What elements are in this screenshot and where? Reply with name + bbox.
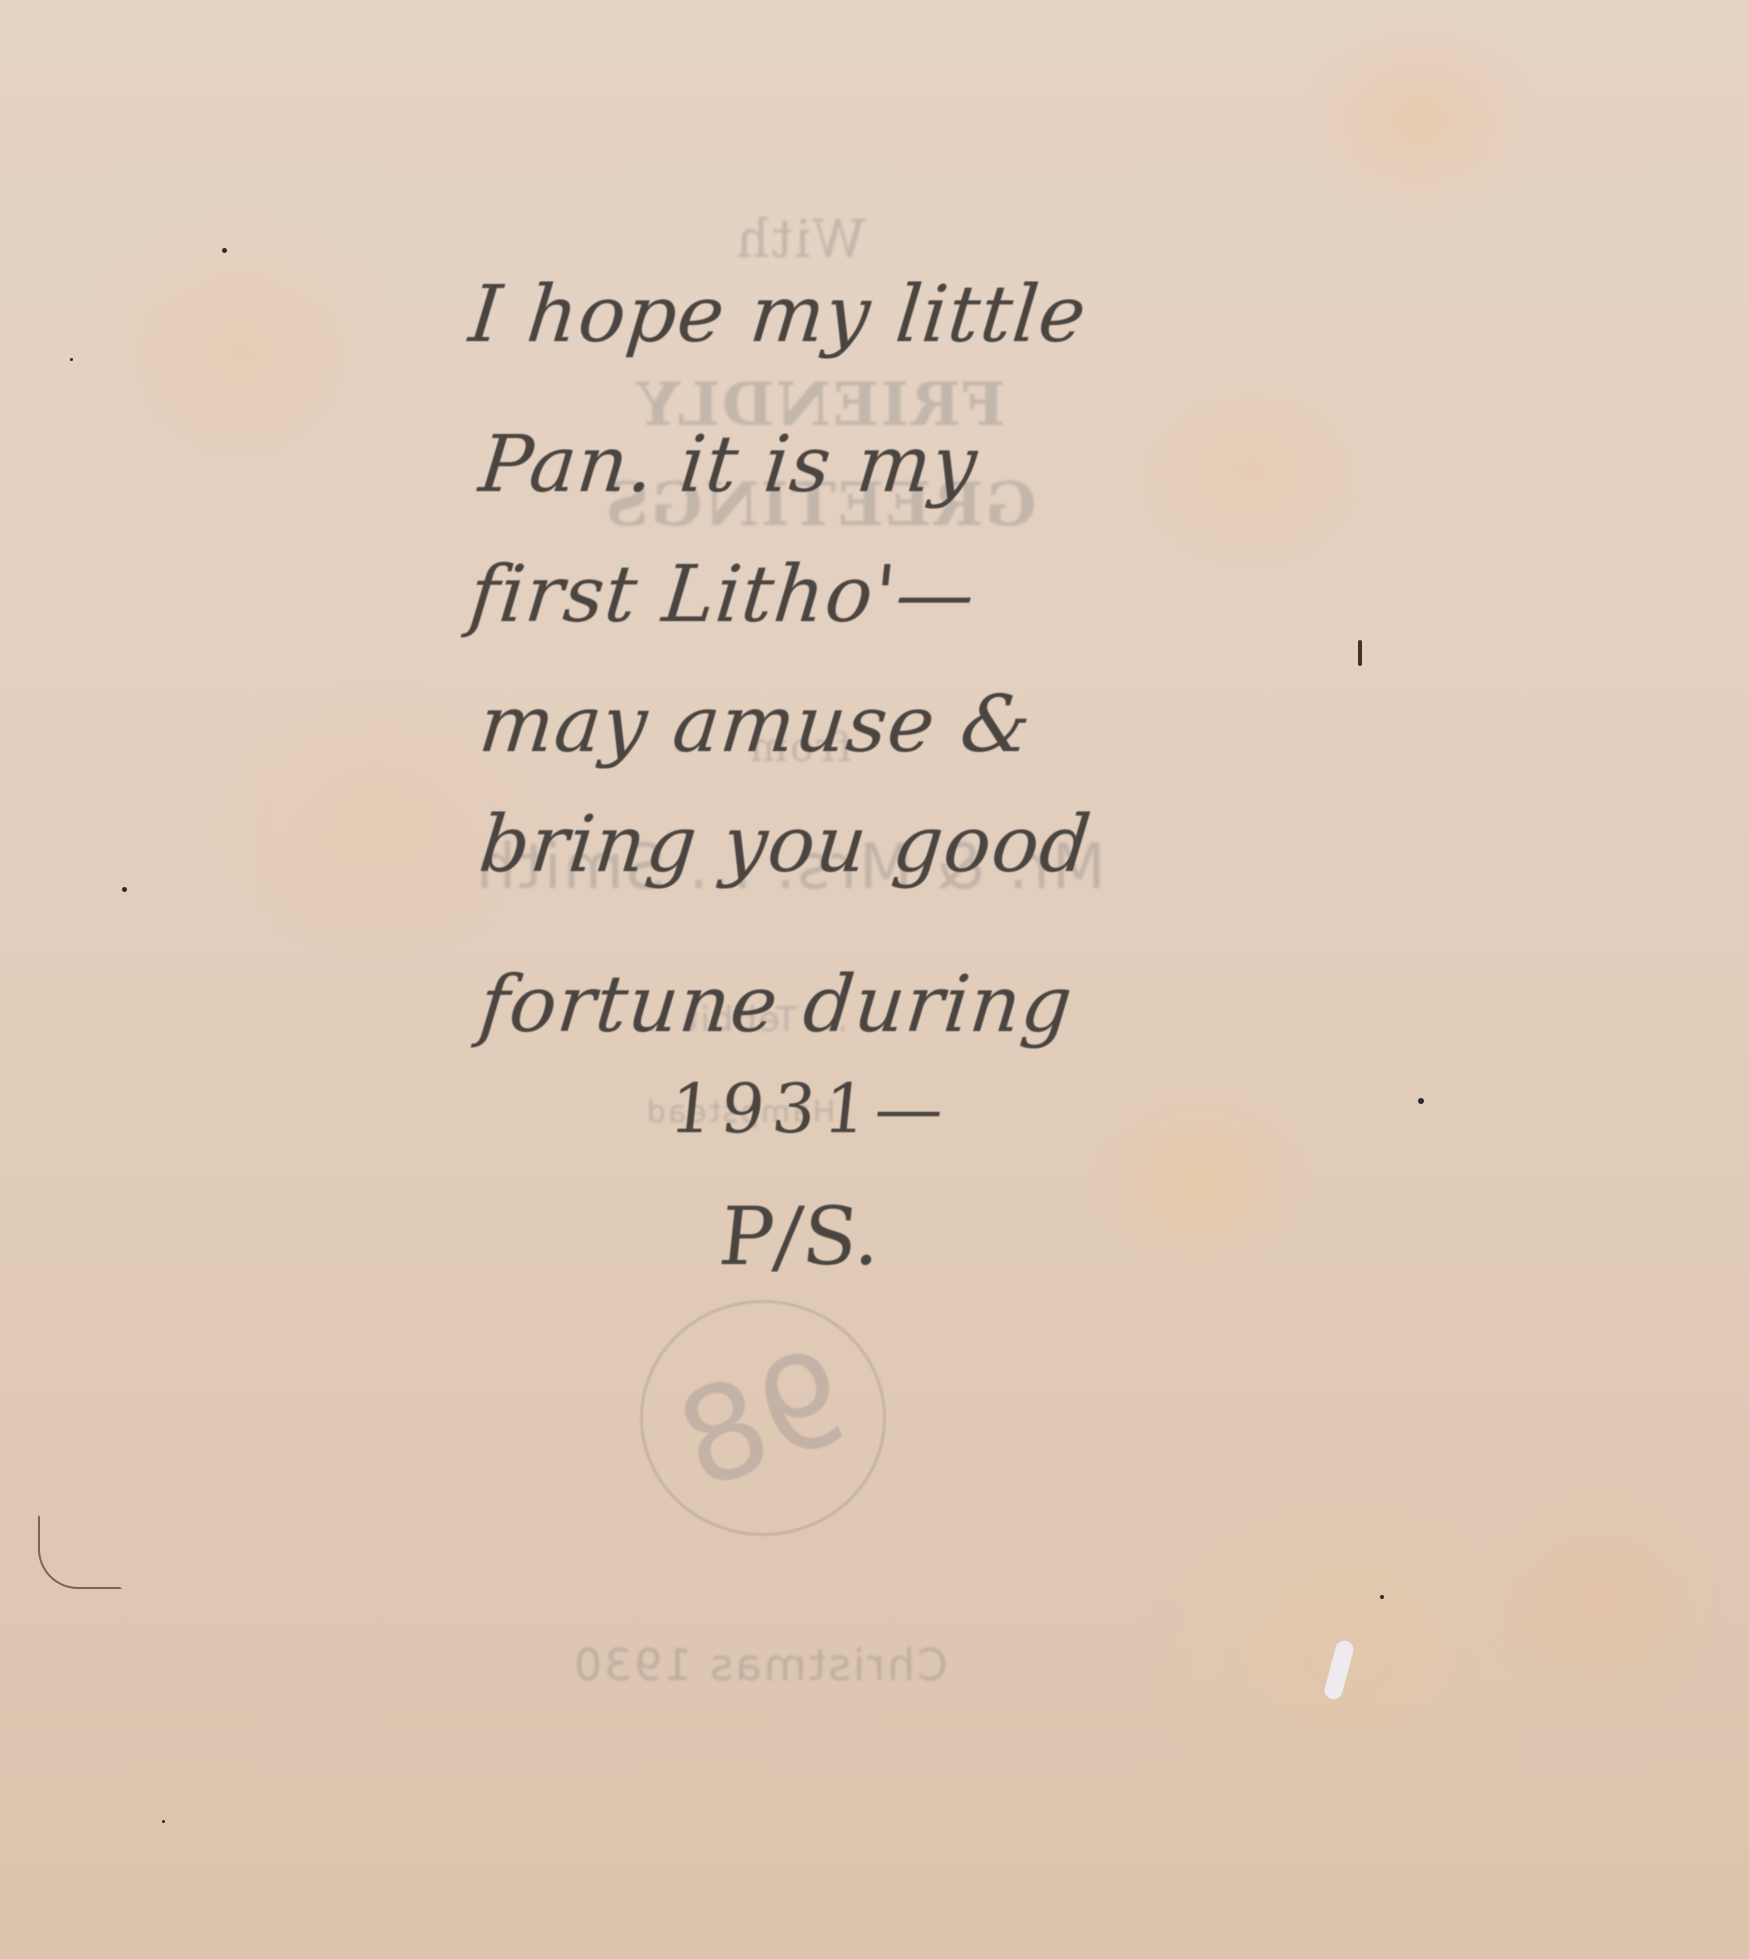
note-line-2: Pan. it is my [475, 420, 982, 510]
stray-hair [38, 1515, 122, 1589]
note-line-1: I hope my little [465, 270, 1091, 360]
note-line-3: first Litho'— [465, 550, 979, 640]
paper-speck [122, 887, 127, 892]
circular-stamp: 98 [640, 1300, 886, 1536]
note-signature: P/S. [715, 1190, 887, 1283]
paper-mark [1358, 640, 1362, 666]
paper-speck [162, 1820, 165, 1823]
show-through-season: Christmas 1930 [480, 1640, 1040, 1691]
paper-speck [222, 248, 227, 253]
paper-speck [1418, 1098, 1424, 1104]
show-through-with: With [640, 210, 960, 270]
paper-speck [1380, 1595, 1384, 1599]
note-line-6: fortune during [475, 960, 1077, 1050]
note-line-5: bring you good [475, 800, 1095, 890]
note-year: 1931— [666, 1070, 955, 1149]
note-line-4: may amuse & [475, 680, 1036, 770]
paper-speck [70, 358, 73, 361]
